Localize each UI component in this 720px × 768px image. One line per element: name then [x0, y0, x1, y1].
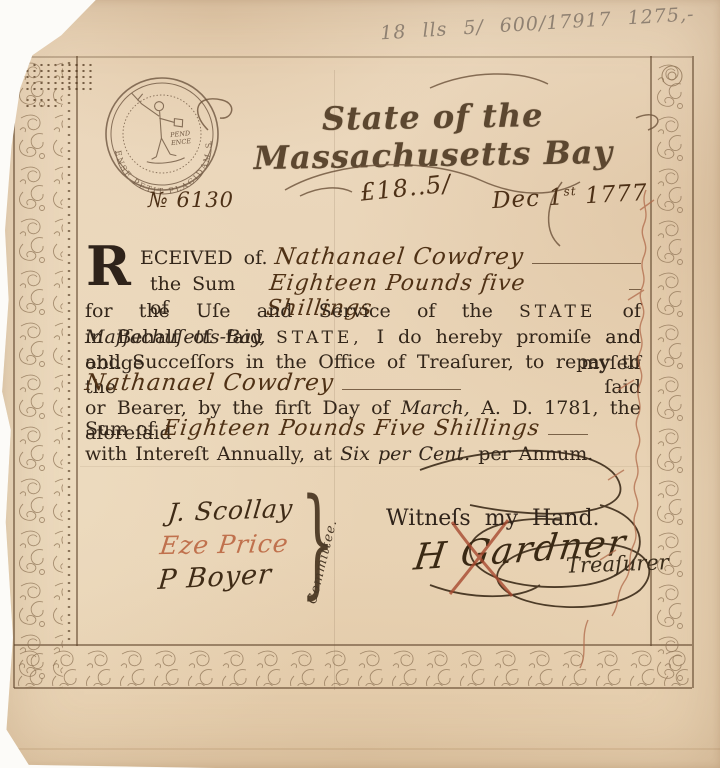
- scanned-document: 18 lls 5/ 600/17917 1275,-: [0, 0, 720, 768]
- horizontal-crease: [80, 466, 650, 467]
- document-paper: 18 lls 5/ 600/17917 1275,-: [0, 0, 720, 768]
- vertical-crease: [334, 70, 335, 690]
- cancellation-x-mark: [450, 520, 512, 596]
- red-ink-endorsement: [580, 190, 654, 668]
- red-ink-marks: [0, 0, 720, 768]
- bottom-paper-fold: [0, 748, 720, 750]
